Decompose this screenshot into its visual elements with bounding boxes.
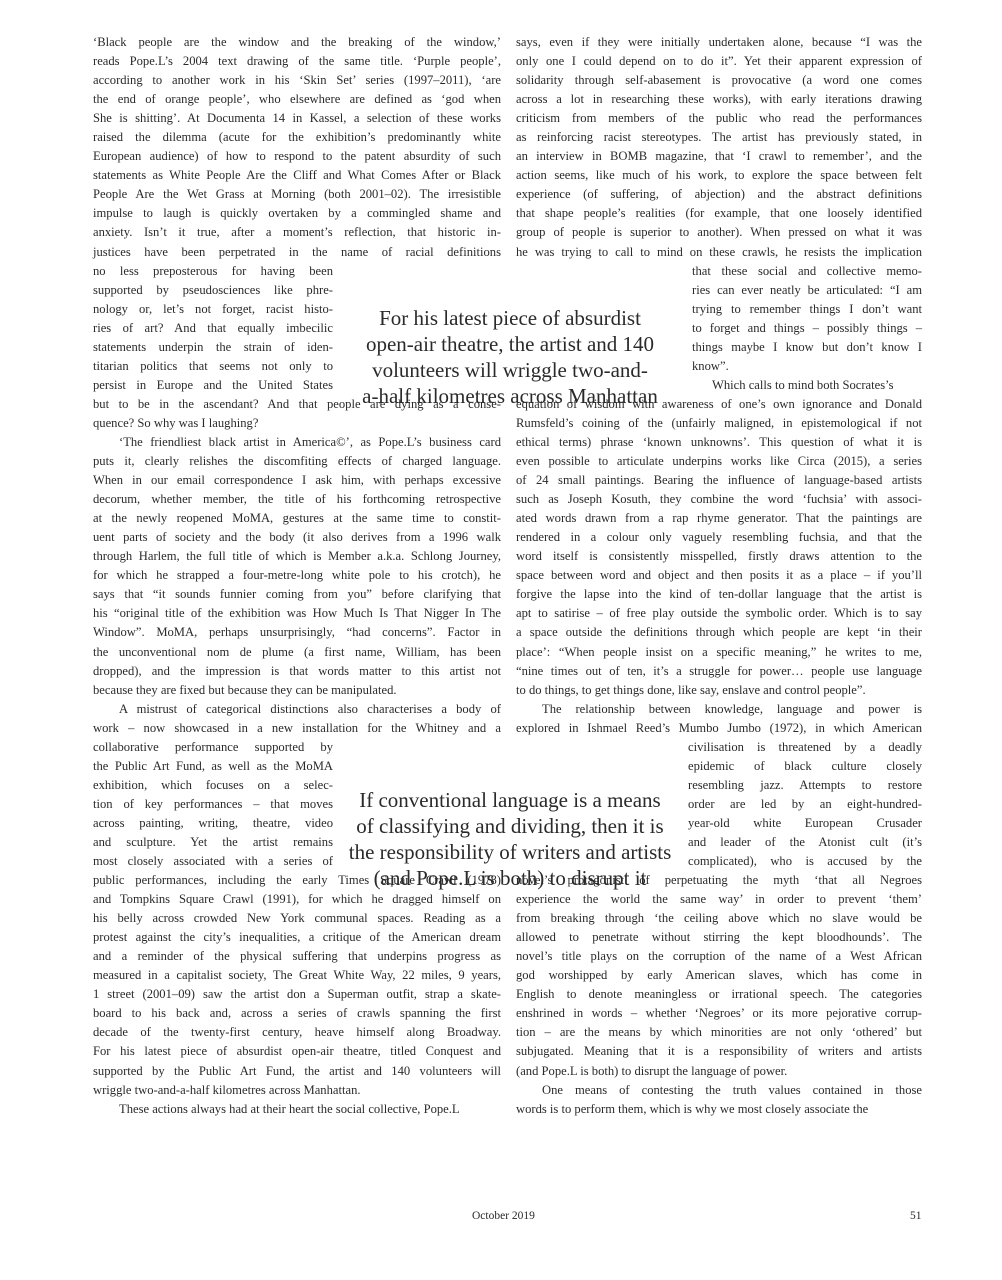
text-line: titarian politics that seems not only to [93,357,333,376]
text-line: most closely associated with a series of [93,852,333,871]
text-line: a space outside the definitions through … [516,623,922,642]
text-line: words is to perform them, which is why w… [516,1100,922,1119]
text-line: forgive the lapse into the kind of ten-d… [516,585,922,604]
text-line: ‘Black people are the window and the bre… [93,33,501,52]
text-line: no less preposterous for having been [93,262,333,281]
pull-quote-line: a-half kilometres across Manhattan [352,383,668,409]
text-line: space between word and object and then p… [516,566,922,585]
text-line: and a reminder of the physical suffering… [93,947,501,966]
text-line: raised the dilemma (acute for the exhibi… [93,128,501,147]
text-line: year-old white European Crusader [688,814,922,833]
text-line: the end of orange people’, who elsewhere… [93,90,501,109]
text-line: reads Pope.L’s 2004 text drawing of the … [93,52,501,71]
text-line: order are led by an eight-hundred- [688,795,922,814]
text-line: decade of the twenty-first century, heav… [93,1023,501,1042]
article-column-left: ‘Black people are the window and the bre… [93,33,501,1119]
text-line: the unconventional nom de plume (a first… [93,643,501,662]
text-line: collaborative performance supported by [93,738,333,757]
text-line: place’: “When people insist on a specifi… [516,643,922,662]
text-line: One means of contesting the truth values… [516,1081,922,1100]
text-line: his belly across crowded New York commun… [93,909,501,928]
text-line: statements as White People Are the Cliff… [93,166,501,185]
text-line: quence? So why was I laughing? [93,414,501,433]
text-line: he was trying to call to mind on these c… [516,243,922,262]
text-line: group of people is superior to another).… [516,223,922,242]
text-line: She is shitting’. At Documenta 14 in Kas… [93,109,501,128]
pull-quote-line: (and Pope.L is both) to disrupt it [340,865,680,891]
text-line: word itself is consistently misspelled, … [516,547,922,566]
text-line: tion of key performances – that moves [93,795,333,814]
pull-quote-line: For his latest piece of absurdist [352,305,668,331]
text-line: ‘The friendliest black artist in America… [93,433,501,452]
text-line: novel’s title plays on the corruption of… [516,947,922,966]
text-line: rendered in a colour only vaguely resemb… [516,528,922,547]
text-line: 1 street (2001–09) saw the artist don a … [93,985,501,1004]
text-line: that these social and collective memo- [692,262,922,281]
text-line: ated words drawn from a rap rhyme genera… [516,509,922,528]
text-line: English to denote meaningless or irratio… [516,985,922,1004]
text-line: from breaking through ‘the ceiling above… [516,909,922,928]
pull-quote-line: the responsibility of writers and artist… [340,839,680,865]
text-line: such as Joseph Kosuth, they combine the … [516,490,922,509]
text-line: that shape people’s realities (for examp… [516,204,922,223]
text-line: European audience) of how to respond to … [93,147,501,166]
text-line: persist in Europe and the United States [93,376,333,395]
text-line: The relationship between knowledge, lang… [516,700,922,719]
text-line: statements underpin the strain of iden- [93,338,333,357]
text-line: exhibition, which focuses on a selec- [93,776,333,795]
text-line: protest against the city’s inequalities,… [93,928,501,947]
text-line: decorum, whether member, the title of hi… [93,490,501,509]
text-line: apt to satirise – of free play outside t… [516,604,922,623]
text-line: work – now showcased in a new installati… [93,719,501,738]
text-line: For his latest piece of absurdist open-a… [93,1042,501,1061]
text-line: through Harlem, the full title of which … [93,547,501,566]
text-line: dropped), and the impression is that wor… [93,662,501,681]
text-line: even possible to articulate underpins wo… [516,452,922,471]
text-line: supported by pseudosciences like phre- [93,281,333,300]
text-line: ries of art? And that equally imbecilic [93,319,333,338]
text-line: and leader of the Atonist cult (it’s [688,833,922,852]
text-line: an interview in BOMB magazine, that ‘I c… [516,147,922,166]
text-line: complicated), who is accused by the [688,852,922,871]
text-line: These actions always had at their heart … [93,1100,501,1119]
text-line: experience (of suffering, of abjection) … [516,185,922,204]
text-line: Window”. MoMA, perhaps unsurprisingly, “… [93,623,501,642]
text-line: anxiety. Isn’t it true, after a moment’s… [93,223,501,242]
text-line: subjugated. Meaning that it is a respons… [516,1042,922,1061]
text-line: across a lot in researching these works)… [516,90,922,109]
pull-quote-line: volunteers will wriggle two-and- [352,357,668,383]
text-line: measured in a capitalist society, The Gr… [93,966,501,985]
text-line: When in our email correspondence I ask h… [93,471,501,490]
text-line: civilisation is threatened by a deadly [688,738,922,757]
text-line: and Tompkins Square Crawl (1991), for wh… [93,890,501,909]
text-line: for which he strapped a four-metre-long … [93,566,501,585]
pull-quote-line: If conventional language is a means [340,787,680,813]
text-line: epidemic of black culture closely [688,757,922,776]
text-line: according to another work in his ‘Skin S… [93,71,501,90]
text-line: tion – are the means by which minorities… [516,1023,922,1042]
text-line: his “original title of the exhibition wa… [93,604,501,623]
text-line: criticism from members of the public who… [516,109,922,128]
text-line: justices have been perpetrated in the na… [93,243,501,262]
text-line: at the newly reopened MoMA, gestures at … [93,509,501,528]
text-line: says, even if they were initially undert… [516,33,922,52]
text-line: wriggle two-and-a-half kilometres across… [93,1081,501,1100]
text-line: allowed to penetrate without stirring th… [516,928,922,947]
text-line: uent parts of society and the body (it a… [93,528,501,547]
text-line: A mistrust of categorical distinctions a… [93,700,501,719]
text-line: enshrined in words – whether ‘Negroes’ o… [516,1004,922,1023]
text-line: only one I could depend on to do it”. Ye… [516,52,922,71]
text-line: “nine times out of ten, it’s a struggle … [516,662,922,681]
text-line: things maybe I know but don’t know I [692,338,922,357]
text-line: the Public Art Fund, as well as the MoMA [93,757,333,776]
article-column-right: says, even if they were initially undert… [516,33,922,1119]
text-line: impulse to laugh is quickly overtaken by… [93,204,501,223]
text-line: solidarity through self-abasement is pro… [516,71,922,90]
text-line: supported by the Public Art Fund, the ar… [93,1062,501,1081]
text-line: god worshipped by early American slaves,… [516,966,922,985]
text-line: know”. [692,357,922,376]
text-line: puts it, clearly relishes the discomfiti… [93,452,501,471]
text-line: board to his back and, across a series o… [93,1004,501,1023]
pull-quote-2: If conventional language is a means of c… [340,787,680,891]
text-line: trying to remember things I don’t want [692,300,922,319]
text-line: to do things, to get things done, like s… [516,681,922,700]
text-line: and sculpture. Yet the artist remains [93,833,333,852]
text-line: ethical terms) phrase ‘known unknowns’. … [516,433,922,452]
text-line: resembling jazz. Attempts to restore [688,776,922,795]
text-line: ries can ever neatly be articulated: “I … [692,281,922,300]
text-line: nology or, let’s not forget, racist hist… [93,300,333,319]
footer-issue-date: October 2019 [472,1210,535,1222]
text-line: experience the world the same way’ in or… [516,890,922,909]
text-line: across painting, writing, theatre, video [93,814,333,833]
pull-quote-line: open-air theatre, the artist and 140 [352,331,668,357]
text-line: action seems, like much of his work, to … [516,166,922,185]
text-line: as reinforcing racist stereotypes. The a… [516,128,922,147]
text-line: People Are the Wet Grass at Morning (bot… [93,185,501,204]
text-line: explored in Ishmael Reed’s Mumbo Jumbo (… [516,719,922,738]
magazine-page: ‘Black people are the window and the bre… [0,0,1002,1280]
text-line: says that “it sounds funnier coming from… [93,585,501,604]
text-line: (and Pope.L is both) to disrupt the lang… [516,1062,922,1081]
text-line: Rumsfeld’s coining of the (unfairly mali… [516,414,922,433]
footer-page-number: 51 [910,1210,922,1222]
text-line: of 24 small paintings. Bearing the influ… [516,471,922,490]
pull-quote-line: of classifying and dividing, then it is [340,813,680,839]
text-line: to forget and things – possibly things – [692,319,922,338]
pull-quote-1: For his latest piece of absurdist open-a… [352,305,668,409]
text-line: because they are fixed but because they … [93,681,501,700]
